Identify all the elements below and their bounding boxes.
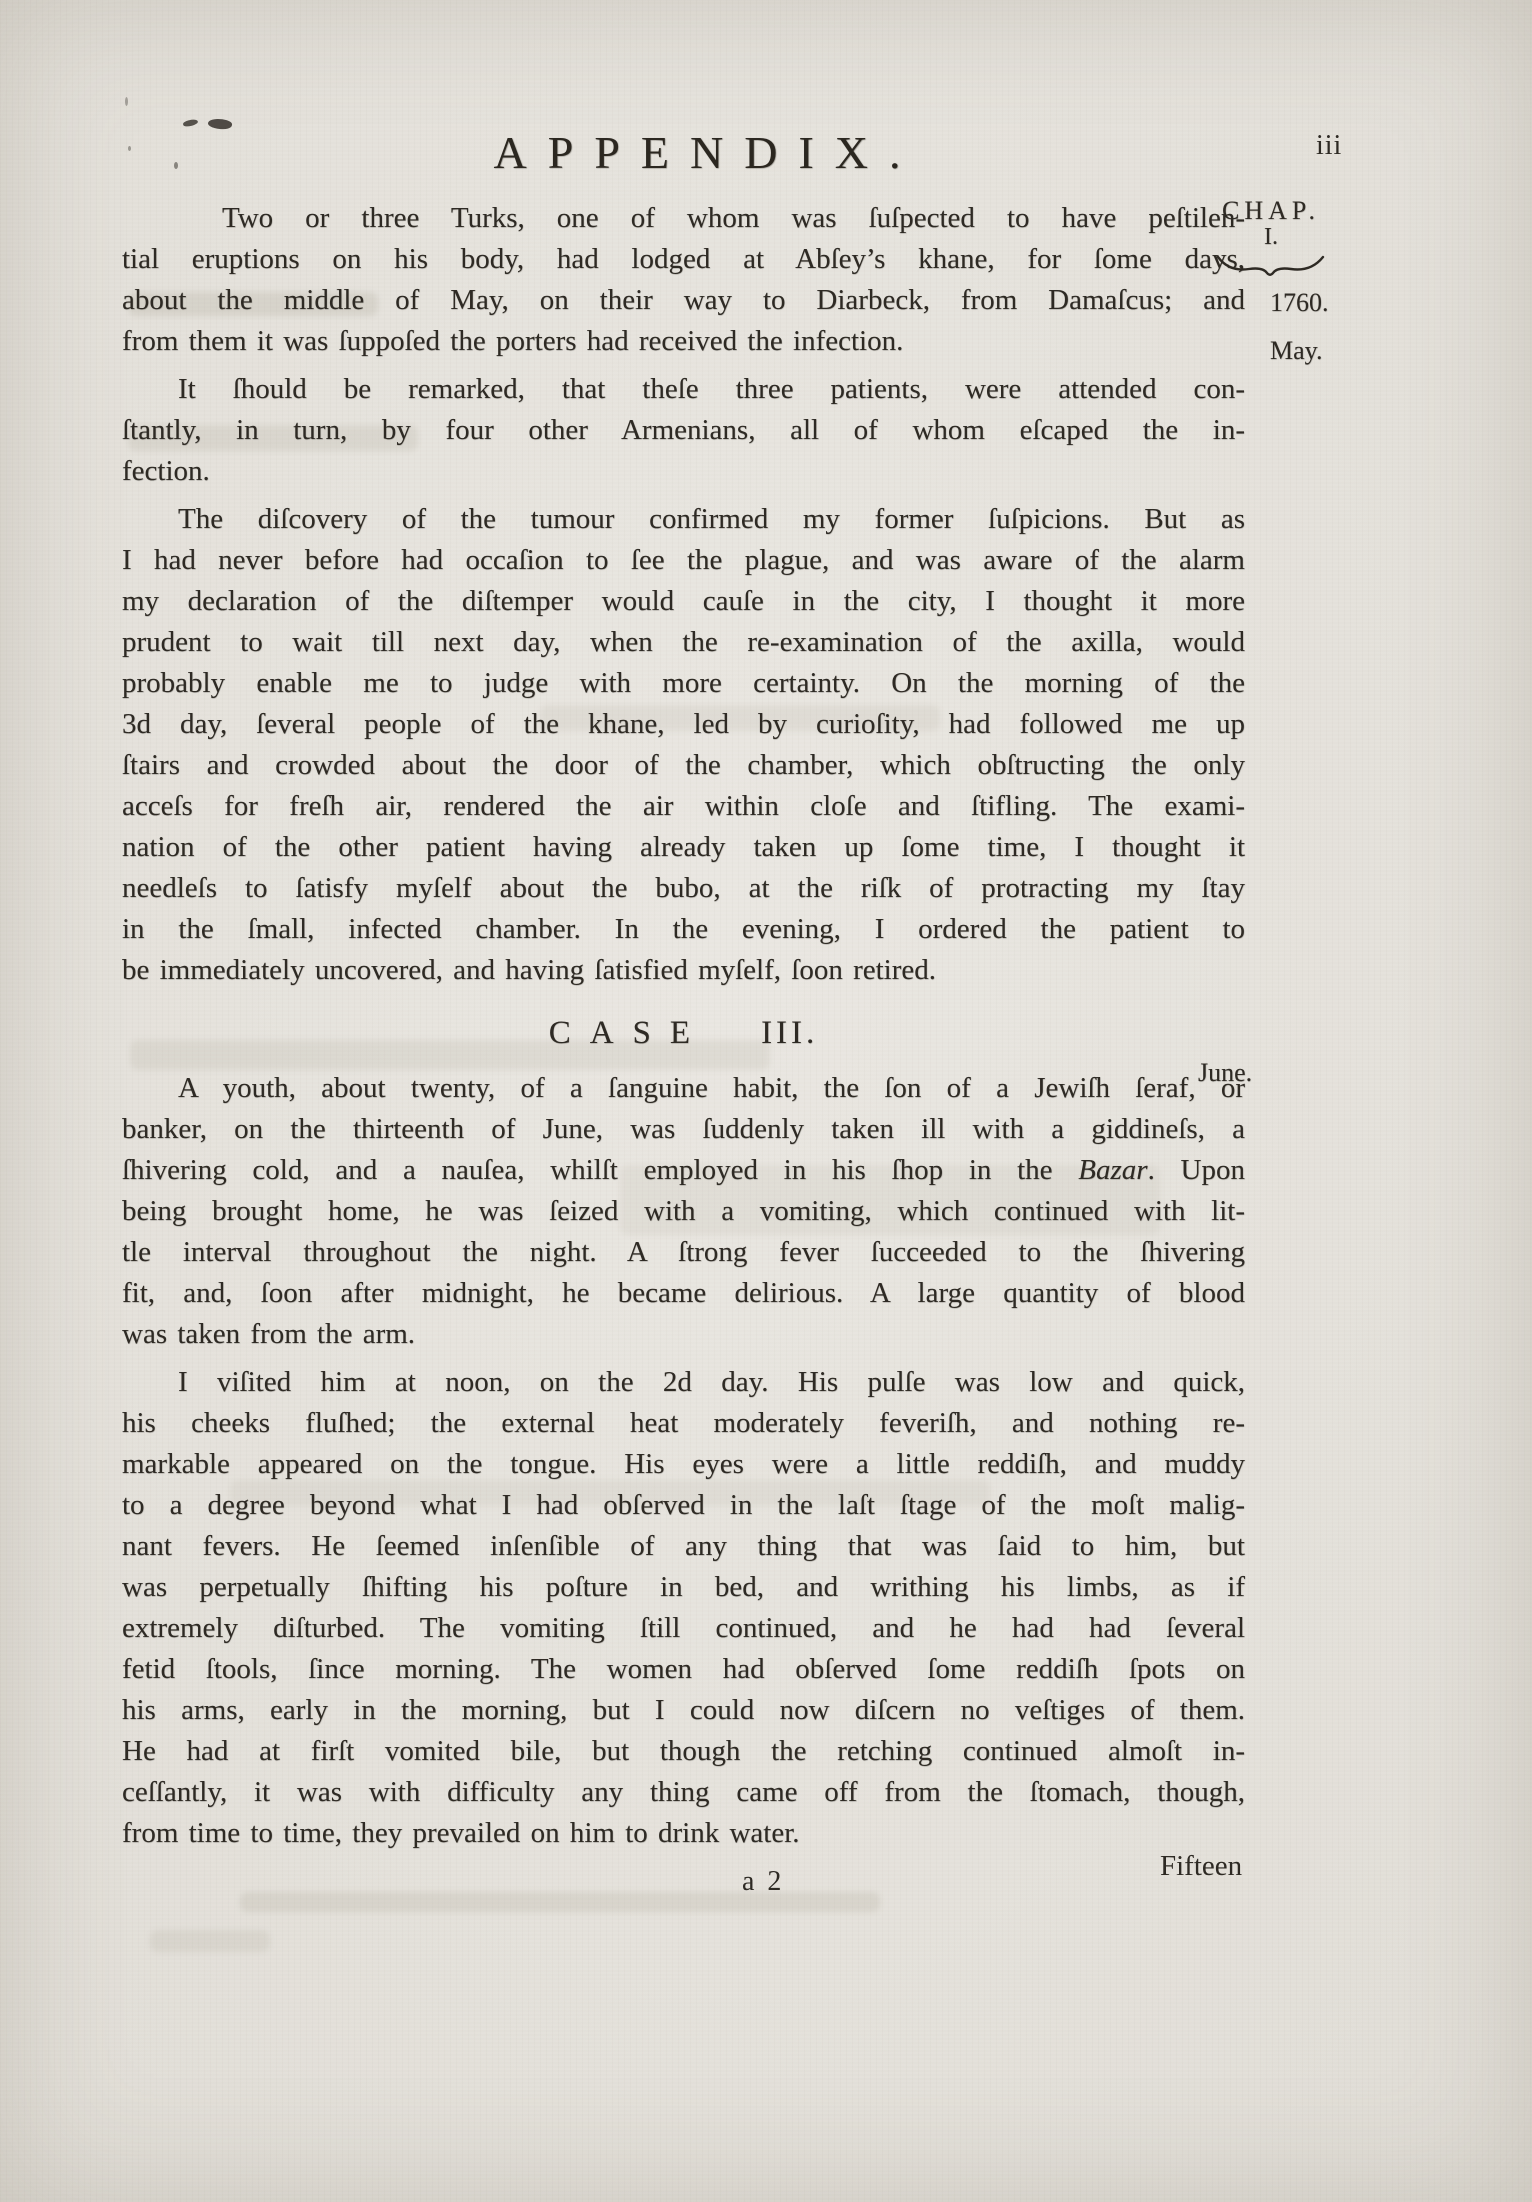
text-line: to a degree beyond what I had obſerved i… xyxy=(122,1485,1245,1526)
text-line: The diſcovery of the tumour confirmed my… xyxy=(122,499,1245,540)
text-line: ſhivering cold, and a nauſea, whilſt emp… xyxy=(122,1150,1245,1191)
paragraph: The diſcovery of the tumour confirmed my… xyxy=(122,499,1245,991)
text-line: fection. xyxy=(122,451,1245,492)
text-line: was taken from the arm. xyxy=(122,1314,1245,1355)
text-line: fetid ſtools, ſince morning. The women h… xyxy=(122,1649,1245,1690)
case-heading-label: CASE xyxy=(549,1013,709,1054)
paragraph: I viſited him at noon, on the 2d day. Hi… xyxy=(122,1362,1245,1854)
text-line: my declaration of the diſtemper would ca… xyxy=(122,581,1245,622)
catchword: Fifteen xyxy=(1160,1850,1242,1883)
margin-note-may: May. xyxy=(1270,336,1322,366)
section-case2-end: Two or three Turks, one of whom was ſuſp… xyxy=(122,198,1245,991)
text-line: was perpetually ſhifting his poſture in … xyxy=(122,1567,1245,1608)
text-line: ſtantly, in turn, by four other Armenian… xyxy=(122,410,1245,451)
text-line: tle interval throughout the night. A ſtr… xyxy=(122,1232,1245,1273)
show-through-smudge xyxy=(150,1930,270,1952)
text-line: nant fevers. He ſeemed inſenſible of any… xyxy=(122,1526,1245,1567)
case-heading: CASE III. xyxy=(122,1013,1245,1054)
text-line: I viſited him at noon, on the 2d day. Hi… xyxy=(122,1362,1245,1403)
text-line: fit, and, ſoon after midnight, he became… xyxy=(122,1273,1245,1314)
text-line: extremely diſturbed. The vomiting ſtill … xyxy=(122,1608,1245,1649)
text-line: his arms, early in the morning, but I co… xyxy=(122,1690,1245,1731)
text-line: ſtairs and crowded about the door of the… xyxy=(122,745,1245,786)
text-line: He had at firſt vomited bile, but though… xyxy=(122,1731,1245,1772)
body-text: Two or three Turks, one of whom was ſuſp… xyxy=(122,198,1245,1861)
text-line: from them it was ſuppoſed the porters ha… xyxy=(122,321,1245,362)
text-line: ceſſantly, it was with difficulty any th… xyxy=(122,1772,1245,1813)
text-line: be immediately uncovered, and having ſat… xyxy=(122,950,1245,991)
paragraph: It ſhould be remarked, that theſe three … xyxy=(122,369,1245,492)
book-page: APPENDIX. iii CHAP. I. 1760. May. June. … xyxy=(0,0,1532,2202)
running-title: APPENDIX. xyxy=(122,126,1245,179)
section-case3: A youth, about twenty, of a ſanguine hab… xyxy=(122,1068,1245,1854)
case-heading-number: III. xyxy=(761,1013,818,1054)
paragraph: Two or three Turks, one of whom was ſuſp… xyxy=(122,198,1245,362)
signature-mark: a 2 xyxy=(742,1866,784,1898)
text-line: acceſs for freſh air, rendered the air w… xyxy=(122,786,1245,827)
margin-note-year: 1760. xyxy=(1270,288,1329,318)
ink-speck xyxy=(125,97,128,106)
text-line: A youth, about twenty, of a ſanguine hab… xyxy=(122,1068,1245,1109)
paragraph: A youth, about twenty, of a ſanguine hab… xyxy=(122,1068,1245,1355)
text-line: markable appeared on the tongue. His eye… xyxy=(122,1444,1245,1485)
text-line: I had never before had occaſion to ſee t… xyxy=(122,540,1245,581)
text-line: prudent to wait till next day, when the … xyxy=(122,622,1245,663)
text-line: about the middle of May, on their way to… xyxy=(122,280,1245,321)
text-line: 3d day, ſeveral people of the khane, led… xyxy=(122,704,1245,745)
page-number: iii xyxy=(1316,130,1342,162)
text-line: in the ſmall, infected chamber. In the e… xyxy=(122,909,1245,950)
text-line: probably enable me to judge with more ce… xyxy=(122,663,1245,704)
text-line: It ſhould be remarked, that theſe three … xyxy=(122,369,1245,410)
text-line: nation of the other patient having alrea… xyxy=(122,827,1245,868)
text-line: banker, on the thirteenth of June, was ſ… xyxy=(122,1109,1245,1150)
text-line: tial eruptions on his body, had lodged a… xyxy=(122,239,1245,280)
text-line: Two or three Turks, one of whom was ſuſp… xyxy=(122,198,1245,239)
text-line: from time to time, they prevailed on him… xyxy=(122,1813,1245,1854)
text-line: being brought home, he was ſeized with a… xyxy=(122,1191,1245,1232)
text-line: his cheeks fluſhed; the external heat mo… xyxy=(122,1403,1245,1444)
text-line: needleſs to ſatisfy myſelf about the bub… xyxy=(122,868,1245,909)
